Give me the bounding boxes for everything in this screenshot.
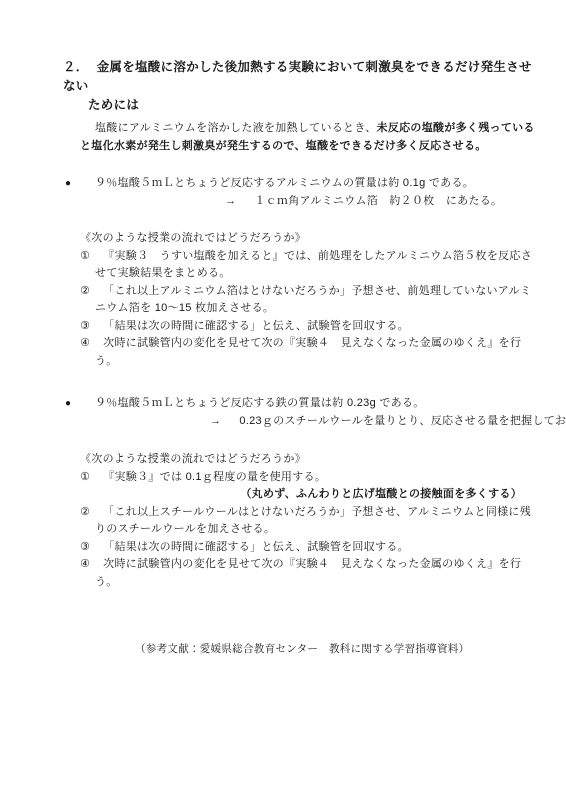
aluminum-bullet-line: ● ９％塩酸５ｍＬとちょうど反応するアルミニウムの質量は約 0.1g である。 bbox=[65, 175, 536, 193]
step-text: 「これ以上アルミニウム箔はとけないだろうか」予想させ、前処理していないアルミニウ… bbox=[95, 285, 531, 315]
document-page: ２．金属を塩酸に溶かした後加熱する実験において刺激臭をできるだけ発生させない た… bbox=[0, 0, 566, 800]
intro-paragraph: 塩酸にアルミニウムを溶かした液を加熱しているとき、未反応の塩酸が多く残っていると… bbox=[80, 119, 536, 155]
aluminum-lesson-flow: 《次のような授業の流れではどうだろうか》 ①『実験３ うすい塩酸を加えると』では… bbox=[80, 230, 536, 370]
heading-line1: 金属を塩酸に溶かした後加熱する実験において刺激臭をできるだけ発生させない bbox=[63, 60, 532, 93]
step-text: 『実験３』では 0.1ｇ程度の量を使用する。 bbox=[103, 471, 326, 483]
heading-number: ２． bbox=[63, 60, 89, 74]
reference-citation: （参考文献：愛媛県総合教育センター 教科に関する学習指導資料） bbox=[135, 641, 536, 659]
flow-step: ③「結果は次の時間に確認する」と伝え、試験管を回収する。 bbox=[80, 318, 536, 336]
bullet-icon: ● bbox=[65, 395, 71, 413]
section-heading: ２．金属を塩酸に溶かした後加熱する実験において刺激臭をできるだけ発生させない た… bbox=[63, 58, 536, 115]
step-number-icon: ④ bbox=[80, 337, 90, 349]
step-number-icon: ① bbox=[80, 471, 90, 483]
step-number-icon: ③ bbox=[80, 320, 90, 332]
step-text: 「結果は次の時間に確認する」と伝え、試験管を回収する。 bbox=[103, 541, 409, 553]
aluminum-arrow-text: １ｃｍ角アルミニウム箔 約２０枚 にあたる。 bbox=[254, 195, 502, 207]
flow-step: ④次時に試験管内の変化を見せて次の『実験４ 見えなくなった金属のゆくえ』を行う。 bbox=[80, 335, 536, 370]
flow-step: ①『実験３ うすい塩酸を加えると』では、前処理をしたアルミニウム箔５枚を反応させ… bbox=[80, 248, 536, 283]
aluminum-bullet-text: ９％塩酸５ｍＬとちょうど反応するアルミニウムの質量は約 0.1g である。 bbox=[95, 177, 474, 189]
flow-heading: 《次のような授業の流れではどうだろうか》 bbox=[80, 451, 536, 469]
step-text: 「結果は次の時間に確認する」と伝え、試験管を回収する。 bbox=[103, 320, 409, 332]
step-text: 次時に試験管内の変化を見せて次の『実験４ 見えなくなった金属のゆくえ』を行う。 bbox=[95, 337, 521, 367]
flow-step: ②「これ以上スチールウールはとけないだろうか」予想させ、アルミニウムと同様に残り… bbox=[80, 504, 536, 539]
heading-line2: ためには bbox=[63, 96, 536, 115]
step-text: 『実験３ うすい塩酸を加えると』では、前処理をしたアルミニウム箔５枚を反応させて… bbox=[95, 250, 532, 280]
step-number-icon: ① bbox=[80, 250, 90, 262]
step-note-bold: （丸めず、ふんわりと広げ塩酸との接触面を多くする） bbox=[80, 486, 536, 504]
iron-arrow-text: 0.23ｇのスチールウールを量りとり、反応させる量を把握しておく。 bbox=[239, 415, 566, 427]
iron-bullet-text: ９％塩酸５ｍＬとちょうど反応する鉄の質量は約 0.23g である。 bbox=[95, 397, 425, 409]
intro-text-normal: 塩酸にアルミニウムを溶かした液を加熱しているとき、 bbox=[95, 122, 377, 134]
aluminum-arrow-line: →１ｃｍ角アルミニウム箔 約２０枚 にあたる。 bbox=[63, 193, 536, 211]
step-number-icon: ② bbox=[80, 285, 90, 297]
step-text: 「これ以上スチールウールはとけないだろうか」予想させ、アルミニウムと同様に残りの… bbox=[95, 506, 531, 536]
flow-step: ②「これ以上アルミニウム箔はとけないだろうか」予想させ、前処理していないアルミニ… bbox=[80, 283, 536, 318]
step-number-icon: ③ bbox=[80, 541, 90, 553]
iron-bullet-line: ● ９％塩酸５ｍＬとちょうど反応する鉄の質量は約 0.23g である。 bbox=[65, 395, 536, 413]
step-text: 次時に試験管内の変化を見せて次の『実験４ 見えなくなった金属のゆくえ』を行う。 bbox=[95, 558, 521, 588]
arrow-icon: → bbox=[225, 195, 236, 207]
flow-heading: 《次のような授業の流れではどうだろうか》 bbox=[80, 230, 536, 248]
arrow-icon: → bbox=[210, 415, 221, 427]
flow-step: ④次時に試験管内の変化を見せて次の『実験４ 見えなくなった金属のゆくえ』を行う。 bbox=[80, 556, 536, 591]
step-number-icon: ④ bbox=[80, 558, 90, 570]
flow-step: ①『実験３』では 0.1ｇ程度の量を使用する。 bbox=[80, 469, 536, 487]
bullet-icon: ● bbox=[65, 175, 71, 193]
iron-arrow-line: →0.23ｇのスチールウールを量りとり、反応させる量を把握しておく。 bbox=[63, 413, 536, 431]
flow-step: ③「結果は次の時間に確認する」と伝え、試験管を回収する。 bbox=[80, 539, 536, 557]
step-number-icon: ② bbox=[80, 506, 90, 518]
iron-lesson-flow: 《次のような授業の流れではどうだろうか》 ①『実験３』では 0.1ｇ程度の量を使… bbox=[80, 451, 536, 591]
